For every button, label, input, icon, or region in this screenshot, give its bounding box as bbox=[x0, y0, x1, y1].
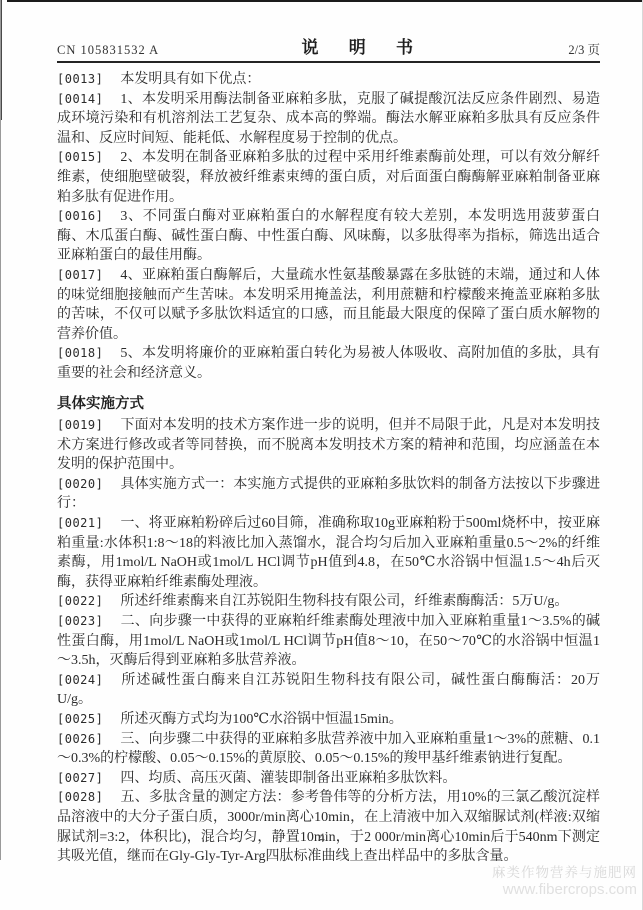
paragraph-tag: [0019] bbox=[57, 418, 120, 432]
patent-number: CN 105831532 A bbox=[57, 43, 159, 58]
paragraph-0019: [0019]下面对本发明的技术方案作进一步的说明，但并不局限于此，凡是对本发明技… bbox=[57, 416, 600, 475]
paragraph-tag: [0016] bbox=[57, 209, 120, 223]
paragraph-0023: [0023]二、向步骤一中获得的亚麻粕纤维素酶处理液中加入亚麻粕重量1～3.5%… bbox=[57, 612, 600, 671]
paragraph-0013: [0013]本发明具有如下优点： bbox=[57, 70, 600, 90]
paragraph-tag: [0014] bbox=[57, 92, 120, 106]
paragraph-text: 下面对本发明的技术方案作进一步的说明，但并不局限于此，凡是对本发明技术方案进行修… bbox=[57, 418, 600, 472]
paragraph-text: 所述碱性蛋白酶来自江苏锐阳生物科技有限公司，碱性蛋白酶酶活：20万U/g。 bbox=[57, 673, 600, 708]
paragraph-tag: [0026] bbox=[57, 732, 120, 746]
paragraph-text: 3、不同蛋白酶对亚麻粕蛋白的水解程度有较大差别，本发明选用菠萝蛋白酶、木瓜蛋白酶… bbox=[57, 209, 600, 263]
watermark: 麻类作物营养与施肥网 www.fibercrops.com bbox=[492, 864, 637, 898]
paragraph-tag: [0013] bbox=[57, 72, 120, 86]
scan-edge-top bbox=[7, 0, 643, 2]
paragraph-tag: [0023] bbox=[57, 614, 120, 628]
paragraph-text: 本发明具有如下优点： bbox=[120, 72, 260, 87]
paragraph-0021: [0021]一、将亚麻粕粉碎后过60目筛，准确称取10g亚麻粕粉于500ml烧杯… bbox=[57, 514, 600, 592]
paragraph-0018: [0018]5、本发明将廉价的亚麻粕蛋白转化为易被人体吸收、高附加值的多肽，具有… bbox=[57, 344, 600, 383]
watermark-url: www.fibercrops.com bbox=[492, 881, 637, 898]
paragraph-text: 一、将亚麻粕粉碎后过60目筛，准确称取10g亚麻粕粉于500ml烧杯中，按亚麻粕… bbox=[57, 516, 600, 590]
paragraph-tag: [0024] bbox=[57, 673, 120, 687]
specification-body: [0013]本发明具有如下优点： [0014]1、本发明采用酶法制备亚麻粕多肽，… bbox=[57, 70, 600, 867]
paragraph-text: 所述纤维素酶来自江苏锐阳生物科技有限公司，纤维素酶酶活：5万U/g。 bbox=[120, 594, 568, 609]
paragraph-text: 四、均质、高压灭菌、灌装即制备出亚麻粕多肽饮料。 bbox=[120, 771, 456, 786]
patent-page: CN 105831532 A 说 明 书 2/3 页 [0013]本发明具有如下… bbox=[57, 32, 600, 867]
paragraph-text: 1、本发明采用酶法制备亚麻粕多肽，克服了碱提酸沉法反应条件剧烈、易造成环境污染和… bbox=[57, 92, 600, 146]
paragraph-tag: [0028] bbox=[57, 790, 120, 804]
watermark-site-name: 麻类作物营养与施肥网 bbox=[492, 864, 637, 881]
paragraph-tag: [0025] bbox=[57, 712, 120, 726]
paragraph-text: 具体实施方式一：本实施方式提供的亚麻粕多肽饮料的制备方法按以下步骤进行： bbox=[57, 477, 600, 512]
paragraph-text: 2、本发明在制备亚麻粕多肽的过程中采用纤维素酶前处理，可以有效分解纤维素，使细胞… bbox=[57, 150, 600, 204]
paragraph-text: 5、本发明将廉价的亚麻粕蛋白转化为易被人体吸收、高附加值的多肽，具有重要的社会和… bbox=[57, 346, 600, 381]
paragraph-0025: [0025]所述灭酶方式均为100℃水浴锅中恒温15min。 bbox=[57, 710, 600, 730]
scan-edge-left bbox=[0, 0, 1, 860]
paragraph-0015: [0015]2、本发明在制备亚麻粕多肽的过程中采用纤维素酶前处理，可以有效分解纤… bbox=[57, 148, 600, 207]
paragraph-tag: [0018] bbox=[57, 346, 120, 360]
section-heading: 具体实施方式 bbox=[57, 395, 600, 415]
paragraph-text: 三、向步骤二中获得的亚麻粕多肽营养液中加入亚麻粕重量1～3%的蔗糖、0.1～0.… bbox=[57, 732, 600, 767]
paragraph-text: 五、多肽含量的测定方法：参考鲁伟等的分析方法，用10%的三氯乙酸沉淀样品溶液中的… bbox=[57, 790, 600, 864]
page-header: CN 105831532 A 说 明 书 2/3 页 bbox=[57, 32, 600, 58]
paragraph-tag: [0027] bbox=[57, 771, 120, 785]
paragraph-0014: [0014]1、本发明采用酶法制备亚麻粕多肽，克服了碱提酸沉法反应条件剧烈、易造… bbox=[57, 90, 600, 149]
paragraph-0027: [0027]四、均质、高压灭菌、灌装即制备出亚麻粕多肽饮料。 bbox=[57, 769, 600, 789]
paragraph-0020: [0020]具体实施方式一：本实施方式提供的亚麻粕多肽饮料的制备方法按以下步骤进… bbox=[57, 475, 600, 514]
paragraph-0028: [0028]五、多肽含量的测定方法：参考鲁伟等的分析方法，用10%的三氯乙酸沉淀… bbox=[57, 788, 600, 866]
paragraph-0022: [0022]所述纤维素酶来自江苏锐阳生物科技有限公司，纤维素酶酶活：5万U/g。 bbox=[57, 592, 600, 612]
paragraph-tag: [0020] bbox=[57, 477, 120, 491]
paragraph-0026: [0026]三、向步骤二中获得的亚麻粕多肽营养液中加入亚麻粕重量1～3%的蔗糖、… bbox=[57, 730, 600, 769]
paragraph-text: 所述灭酶方式均为100℃水浴锅中恒温15min。 bbox=[120, 712, 402, 727]
paragraph-text: 二、向步骤一中获得的亚麻粕纤维素酶处理液中加入亚麻粕重量1～3.5%的碱性蛋白酶… bbox=[57, 614, 600, 668]
footer-page-number: 4 bbox=[0, 831, 643, 846]
page-indicator: 2/3 页 bbox=[568, 40, 600, 58]
paragraph-0017: [0017]4、亚麻粕蛋白酶解后，大量疏水性氨基酸暴露在多肽链的末端，通过和人体… bbox=[57, 266, 600, 344]
paragraph-tag: [0015] bbox=[57, 150, 120, 164]
paragraph-tag: [0022] bbox=[57, 594, 120, 608]
scan-edge-left-dark bbox=[1, 0, 2, 120]
document-title: 说 明 书 bbox=[302, 33, 427, 58]
paragraph-text: 4、亚麻粕蛋白酶解后，大量疏水性氨基酸暴露在多肽链的末端，通过和人体的味觉细胞接… bbox=[57, 268, 600, 342]
paragraph-0016: [0016]3、不同蛋白酶对亚麻粕蛋白的水解程度有较大差别，本发明选用菠萝蛋白酶… bbox=[57, 207, 600, 266]
paragraph-tag: [0017] bbox=[57, 268, 120, 282]
paragraph-tag: [0021] bbox=[57, 516, 120, 530]
paragraph-0024: [0024]所述碱性蛋白酶来自江苏锐阳生物科技有限公司，碱性蛋白酶酶活：20万U… bbox=[57, 671, 600, 710]
header-rule bbox=[57, 61, 600, 63]
